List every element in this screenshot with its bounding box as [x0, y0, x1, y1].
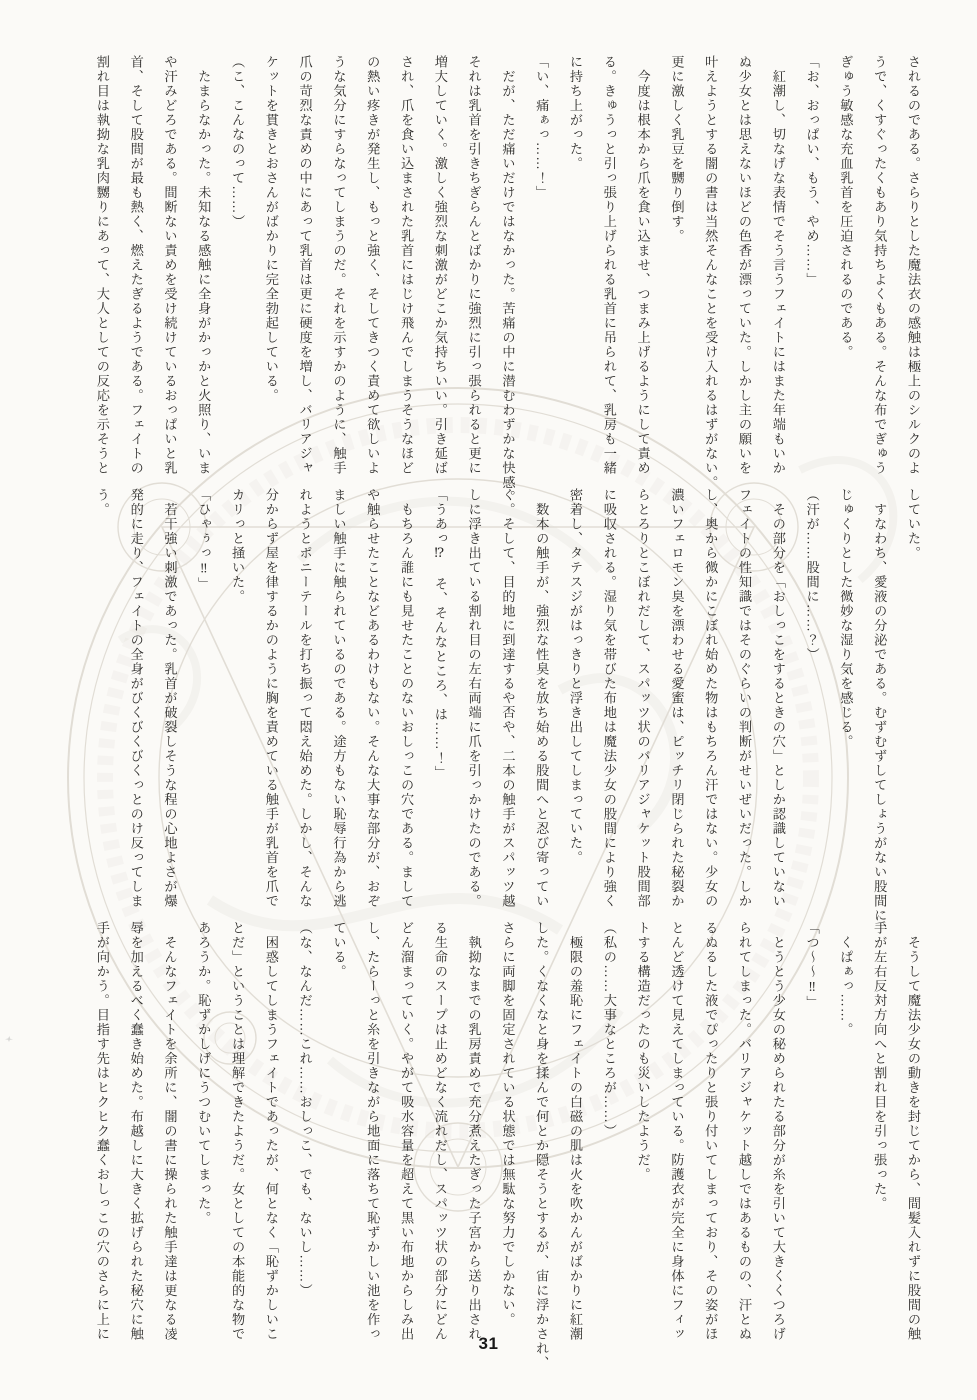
text-column: そうして魔法少女の動きを封じてから、間髪入れずに股間の触: [896, 921, 930, 1345]
text-column: し、たらーっと糸を引きながら地面に落ちて恥ずかしい池を作っ: [355, 921, 389, 1345]
text-column: に吸収される。湿り気を帯びた布地は魔法少女の股間により強く: [592, 488, 626, 912]
text-column: らとろりとこぼれだして、スパッツ状のバリアジャケット股間部: [626, 488, 660, 912]
text-column: 「い、痛ぁっ……！」: [524, 55, 558, 479]
text-column: （な、なんだ……これ……おしっこ、でも、ないし……）: [288, 921, 322, 1345]
text-column: 分からず屋を律するかのように胸を責めている触手が乳首を爪で: [254, 488, 288, 912]
text-column: 「お、おっぱい、もう、やめ……」: [795, 55, 829, 479]
text-column: すなわち、愛液の分泌である。むずむずしてしょうがない股間に、: [862, 488, 896, 912]
text-column: 割れ目は執拗な乳肉嬲りにあって、大人としての反応を示そうと: [85, 55, 119, 479]
text-column: 手が向かう。目指す先はヒクヒク蠢くおしっこの穴のさらに上に: [85, 921, 119, 1345]
text-column: その部分を「おしっこをするときの穴」としか認識していない: [761, 488, 795, 912]
text-column: や触らせたことなどあるわけもない。そんな大事な部分が、おぞ: [355, 488, 389, 912]
text-column: もちろん誰にも見せたことのないおしっこの穴である。まして: [389, 488, 423, 912]
novel-page: されるのである。さらりとした魔法衣の感触は極上のシルクのようで、くすぐったくもあ…: [0, 0, 977, 1400]
text-column: していた。: [896, 488, 930, 912]
text-column: 極限の羞恥にフェイトの白磁の肌は火を吹かんがばかりに紅潮: [558, 921, 592, 1345]
text-band-top: されるのである。さらりとした魔法衣の感触は極上のシルクのようで、くすぐったくもあ…: [84, 55, 930, 479]
text-column: それは乳首を引きちぎらんとばかりに強烈に引っ張られると更に: [457, 55, 491, 479]
text-column: ている。: [322, 921, 356, 1345]
text-column: る生命のスープは止めどなく流れだし、スパッツ状の部分にどん: [423, 921, 457, 1345]
page-number: 31: [0, 1334, 977, 1354]
text-band-bottom: そうして魔法少女の動きを封じてから、間髪入れずに股間の触手が左右反対方向へと割れ…: [84, 921, 930, 1345]
text-column: されるのである。さらりとした魔法衣の感触は極上のシルクのよ: [896, 55, 930, 479]
text-column: や汗みどろである。間断ない責めを受け続けているおっぱいと乳: [153, 55, 187, 479]
text-column: 首、そして股間が最も熱く、燃えたぎるようである。フェイトの: [119, 55, 153, 479]
text-column: 叶えようとする闇の書は当然そんなことを受け入れるはずがない。: [693, 55, 727, 479]
text-column: るぬるした液でぴったりと張り付いてしまっており、その姿がほ: [693, 921, 727, 1345]
text-column: 濃いフェロモン臭を漂わせる愛蜜は、ピッチリ閉じられた秘裂か: [660, 488, 694, 912]
text-column: 若干強い刺激であった。乳首が破裂しそうな程の心地よさが爆: [153, 488, 187, 912]
text-column: とだ」ということは理解できたようだ。女としての本能的な物で: [220, 921, 254, 1345]
text-column: 発的に走り、フェイトの全身がびくびくびくっとのけ反ってしま: [119, 488, 153, 912]
text-column: 「ひゃぅっ‼」: [186, 488, 220, 912]
text-column: れようとポニーテールを打ち振って悶え始めた。しかし、そんな: [288, 488, 322, 912]
text-column: る。きゅうっと引っ張り上げられる乳首に吊られて、乳房も一緒: [592, 55, 626, 479]
text-column: ケットを貫きとおさんがばかりに完全勃起している。: [254, 55, 288, 479]
text-column: うな気分にすらなってしまうのだ。それを示すかのように、触手: [322, 55, 356, 479]
text-column: トする構造だったのも災いしたようだ。: [626, 921, 660, 1345]
text-column: 今度は根本から爪を食い込ませ、つまみ上げるようにして責め: [626, 55, 660, 479]
text-column: ぎゅう敏感な充血乳首を圧迫されるのである。: [829, 55, 863, 479]
text-column: られてしまった。バリアジャケット越しではあるものの、汗とぬ: [727, 921, 761, 1345]
text-column: し、奥から微かにこぼれ始めた物はもちろん汗ではない。少女の: [693, 488, 727, 912]
text-column: どん溜まっていく。やがて吸水容量を超えて黒い布地からしみ出: [389, 921, 423, 1345]
text-column: くぱぁっ……。: [829, 921, 863, 1345]
text-column: だが、ただ痛いだけではなかった。苦痛の中に潜むわずかな快感。: [491, 55, 525, 479]
text-column: そんなフェイトを余所に、闇の書に操られた触手達は更なる凌: [153, 921, 187, 1345]
text-column: 「うあっ⁉ そ、そんなところ、は……！」: [423, 488, 457, 912]
text-column: さらに両脚を固定されている状態では無駄な努力でしかない。: [491, 921, 525, 1345]
text-column: しに浮き出ている割れ目の左右両端に爪を引っかけたのである。: [457, 488, 491, 912]
text-column: 密着し、タテスジがはっきりと浮き出してしまっていた。: [558, 488, 592, 912]
text-column: 「つ〜〜‼」: [795, 921, 829, 1345]
text-column: く。そして、目的地に到達するや否や、二本の触手がスパッツ越: [491, 488, 525, 912]
text-band-middle: していた。 すなわち、愛液の分泌である。むずむずしてしょうがない股間に、じゅくり…: [84, 488, 930, 912]
text-column: フェイトの性知識ではそのぐらいの判断がせいぜいだった。しか: [727, 488, 761, 912]
text-column: 数本の触手が、強烈な性臭を放ち始める股間へと忍び寄ってい: [524, 488, 558, 912]
text-column: 爪の苛烈な責めの中にあって乳首は更に硬度を増し、バリアジャ: [288, 55, 322, 479]
text-column: 紅潮し、切なげな表情でそう言うフェイトにはまた年端もいか: [761, 55, 795, 479]
text-column: した。くなくなと身を揉んで何とか隠そうとするが、宙に浮かされ、: [524, 921, 558, 1345]
text-column: 増大していく。激しく強烈な刺激がどこか気持ちいい。引き延ば: [423, 55, 457, 479]
text-column: たまらなかった。未知なる感触に全身がかっかと火照り、いま: [186, 55, 220, 479]
text-column: じゅくりとした微妙な湿り気を感じる。: [829, 488, 863, 912]
text-column: （汗が……股間に……？）: [795, 488, 829, 912]
text-column: 更に激しく乳豆を嬲り倒す。: [660, 55, 694, 479]
text-column: され、爪を食い込まされた乳首にはじけ飛んでしまうそうなほど: [389, 55, 423, 479]
text-column: （こ、こんなのって……）: [220, 55, 254, 479]
print-speck: [5, 1036, 13, 1042]
text-column: うで、くすぐったくもあり気持ちよくもある。そんな布でぎゅう: [862, 55, 896, 479]
text-column: 手が左右反対方向へと割れ目を引っ張った。: [862, 921, 896, 1345]
text-column: 困惑してしまうフェイトであったが、何となく「恥ずかしいこ: [254, 921, 288, 1345]
text-column: とうとう少女の秘められたる部分が糸を引いて大きくくつろげ: [761, 921, 795, 1345]
text-column: 辱を加えるべく蠢き始めた。布越しに大きく拡げられた秘穴に触: [119, 921, 153, 1345]
text-column: う。: [85, 488, 119, 912]
text-column: （私の……大事なところが……）: [592, 921, 626, 1345]
text-column: に持ち上がった。: [558, 55, 592, 479]
text-column: ましい触手に触られているのである。途方もない恥辱行為から逃: [322, 488, 356, 912]
text-column: カリっと掻いた。: [220, 488, 254, 912]
text-column: の熱い疼きが発生し、もっと強く、そしてきつく責めて欲しいよ: [355, 55, 389, 479]
text-column: あろうか。恥ずかしげにうつむいてしまった。: [186, 921, 220, 1345]
text-column: とんど透けて見えてしまっている。防護衣が完全に身体にフィッ: [660, 921, 694, 1345]
text-column: ぬ少女とは思えないほどの色香が漂っていた。しかし主の願いを: [727, 55, 761, 479]
text-column: 執拗なまでの乳房責めで充分煮えたぎった子宮から送り出され: [457, 921, 491, 1345]
